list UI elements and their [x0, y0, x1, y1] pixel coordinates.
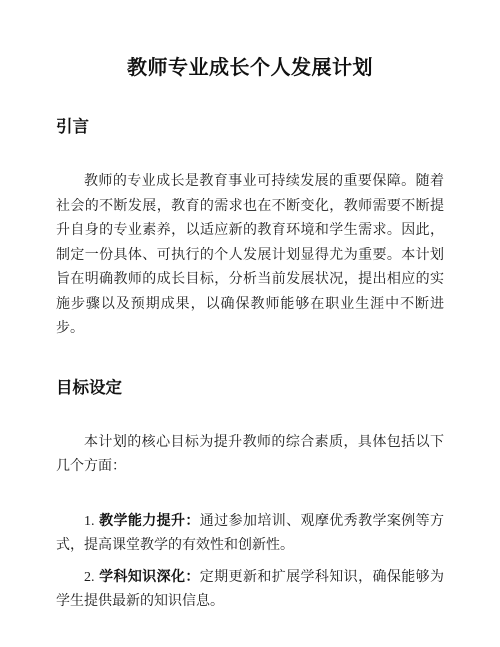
document-page: 教师专业成长个人发展计划 引言 教师的专业成长是教育事业可持续发展的重要保障。随… — [0, 0, 500, 647]
list-item-number: 1. — [84, 514, 95, 529]
section-heading-introduction: 引言 — [56, 116, 444, 138]
document-title: 教师专业成长个人发展计划 — [56, 55, 444, 81]
list-item-number: 2. — [84, 570, 95, 585]
section-heading-goal-setting: 目标设定 — [56, 377, 444, 399]
goal-setting-paragraph: 本计划的核心目标为提升教师的综合素质，具体包括以下几个方面： — [56, 431, 444, 480]
list-item-label: 学科知识深化： — [99, 568, 200, 584]
introduction-paragraph: 教师的专业成长是教育事业可持续发展的重要保障。随着社会的不断发展，教育的需求也在… — [56, 170, 444, 342]
list-item: 1.教学能力提升：通过参加培训、观摩优秀教学案例等方式，提高课堂教学的有效性和创… — [56, 508, 444, 559]
list-item: 2.学科知识深化：定期更新和扩展学科知识，确保能够为学生提供最新的知识信息。 — [56, 564, 444, 615]
list-item-label: 教学能力提升： — [99, 512, 200, 528]
